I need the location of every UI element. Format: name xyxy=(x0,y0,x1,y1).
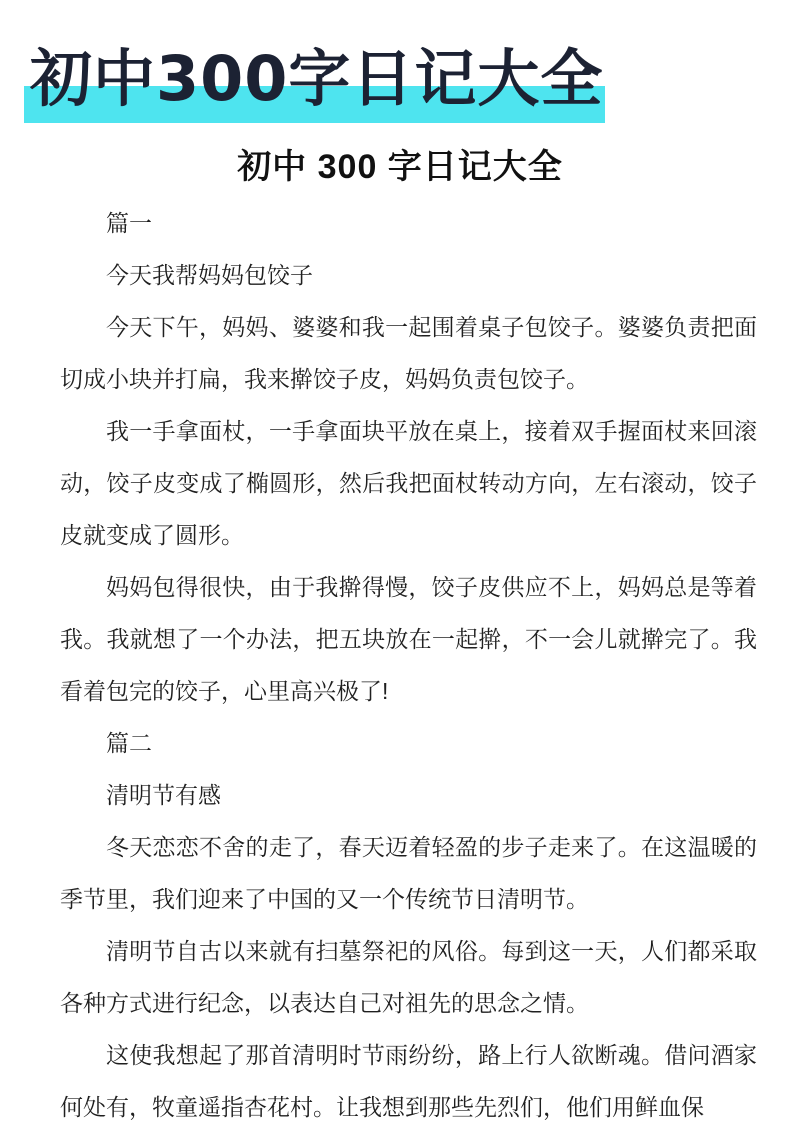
document-body: 篇一 今天我帮妈妈包饺子 今天下午，妈妈、婆婆和我一起围着桌子包饺子。婆婆负责把… xyxy=(60,197,757,1132)
paragraph: 我一手拿面杖，一手拿面块平放在桌上，接着双手握面杖来回滚动，饺子皮变成了椭圆形，… xyxy=(60,405,757,561)
paragraph: 篇二 xyxy=(60,717,757,769)
hero-title-block: 初中300字日记大全 xyxy=(30,44,603,113)
paragraph: 清明节有感 xyxy=(60,769,757,821)
document-page: 初中300字日记大全 初中 300 字日记大全 篇一 今天我帮妈妈包饺子 今天下… xyxy=(0,0,800,1132)
paragraph: 今天下午，妈妈、婆婆和我一起围着桌子包饺子。婆婆负责把面切成小块并打扁，我来擀饺… xyxy=(60,301,757,405)
paragraph: 这使我想起了那首清明时节雨纷纷，路上行人欲断魂。借问酒家何处有，牧童遥指杏花村。… xyxy=(60,1029,757,1132)
paragraph: 清明节自古以来就有扫墓祭祀的风俗。每到这一天，人们都采取各种方式进行纪念，以表达… xyxy=(60,925,757,1029)
hero-title: 初中300字日记大全 xyxy=(30,42,603,115)
paragraph: 今天我帮妈妈包饺子 xyxy=(60,249,757,301)
paragraph: 冬天恋恋不舍的走了，春天迈着轻盈的步子走来了。在这温暖的季节里，我们迎来了中国的… xyxy=(60,821,757,925)
paragraph: 妈妈包得很快，由于我擀得慢，饺子皮供应不上，妈妈总是等着我。我就想了一个办法，把… xyxy=(60,561,757,717)
document-title: 初中 300 字日记大全 xyxy=(0,139,800,188)
paragraph: 篇一 xyxy=(60,197,757,249)
